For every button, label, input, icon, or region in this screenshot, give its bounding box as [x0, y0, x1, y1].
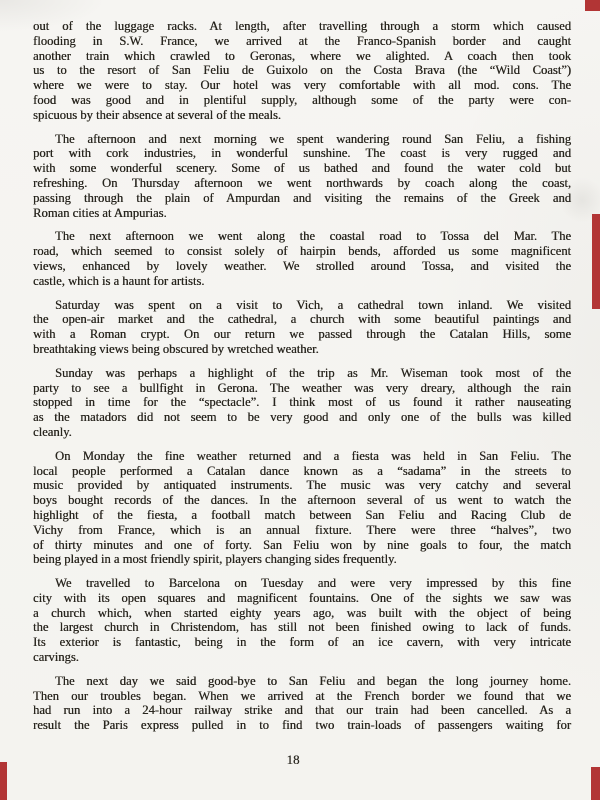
- scanned-document-page: { "page": { "page_number": "18", "backgr…: [0, 0, 600, 800]
- text-line: On Monday the fine weather returned and …: [33, 449, 571, 464]
- text-line: where we were to stay. Our hotel was ver…: [33, 78, 571, 93]
- text-line: The afternoon and next morning we spent …: [33, 132, 571, 147]
- text-line: had run into a 24-hour railway strike an…: [33, 703, 571, 718]
- text-line: Sunday was perhaps a highlight of the tr…: [33, 366, 571, 381]
- text-line: of thirty minutes and one of forty. San …: [33, 538, 571, 553]
- text-line: us to the resort of San Feliu de Guixolo…: [33, 63, 571, 78]
- paragraph: The next day we said good-bye to San Fel…: [33, 674, 571, 733]
- text-line: out of the luggage racks. At length, aft…: [33, 19, 571, 34]
- page-number: 18: [24, 752, 562, 768]
- paragraph: out of the luggage racks. At length, aft…: [33, 19, 571, 123]
- text-line: stopped in time for the “spectacle”. I t…: [33, 395, 571, 410]
- text-line: music provided by antiquated instruments…: [33, 478, 571, 493]
- text-line: party to see a bullfight in Gerona. The …: [33, 381, 571, 396]
- text-line: port with cork industries, in wonderful …: [33, 146, 571, 161]
- text-line: a church which, when started eighty year…: [33, 606, 571, 621]
- page-text: out of the luggage racks. At length, aft…: [33, 19, 571, 742]
- paragraph: On Monday the fine weather returned and …: [33, 449, 571, 567]
- red-edge-mark-top-right: [585, 0, 600, 11]
- text-line: as the matadors did not seem to be very …: [33, 410, 571, 425]
- paragraph: The afternoon and next morning we spent …: [33, 132, 571, 221]
- text-line: result the Paris express pulled in to fi…: [33, 718, 571, 733]
- text-line: flooding in S.W. France, we arrived at t…: [33, 34, 571, 49]
- text-line: Roman cities at Ampurias.: [33, 206, 571, 221]
- red-edge-mark-right-middle: [592, 214, 600, 309]
- text-line: boys bought records of the dances. In th…: [33, 493, 571, 508]
- text-line: road, which seemed to consist solely of …: [33, 244, 571, 259]
- red-edge-mark-bottom-left: [0, 762, 7, 800]
- text-line: refreshing. On Thursday afternoon we wen…: [33, 176, 571, 191]
- text-line: The next day we said good-bye to San Fel…: [33, 674, 571, 689]
- text-line: spicuous by their absence at several of …: [33, 108, 571, 123]
- text-line: with a Roman crypt. On our return we pas…: [33, 327, 571, 342]
- text-line: The next afternoon we went along the coa…: [33, 229, 571, 244]
- text-line: the open-air market and the cathedral, a…: [33, 312, 571, 327]
- paragraph: Saturday was spent on a visit to Vich, a…: [33, 298, 571, 357]
- text-line: Its exterior is fantastic, being in the …: [33, 635, 571, 650]
- text-line: local people performed a Catalan dance k…: [33, 464, 571, 479]
- text-line: castle, which is a haunt for artists.: [33, 274, 571, 289]
- text-line: carvings.: [33, 650, 571, 665]
- paragraph: The next afternoon we went along the coa…: [33, 229, 571, 288]
- text-line: city with its open squares and magnifice…: [33, 591, 571, 606]
- text-line: another train which crawled to Geronas, …: [33, 49, 571, 64]
- text-line: highlight of the fiesta, a football matc…: [33, 508, 571, 523]
- text-line: breathtaking views being obscured by wre…: [33, 342, 571, 357]
- text-line: Vichy from France, which is an annual fi…: [33, 523, 571, 538]
- red-edge-mark-bottom-right: [591, 767, 600, 800]
- paragraph: Sunday was perhaps a highlight of the tr…: [33, 366, 571, 440]
- text-line: food was good and in plentiful supply, a…: [33, 93, 571, 108]
- paragraph: We travelled to Barcelona on Tuesday and…: [33, 576, 571, 665]
- text-line: being played in a most friendly spirit, …: [33, 552, 571, 567]
- text-line: We travelled to Barcelona on Tuesday and…: [33, 576, 571, 591]
- text-line: views, enhanced by lovely weather. We st…: [33, 259, 571, 274]
- text-line: passing through the plain of Ampurdan an…: [33, 191, 571, 206]
- page-background: out of the luggage racks. At length, aft…: [0, 0, 600, 800]
- text-line: Saturday was spent on a visit to Vich, a…: [33, 298, 571, 313]
- text-line: Then our troubles began. When we arrived…: [33, 689, 571, 704]
- text-line: with some wonderful scenery. Some of us …: [33, 161, 571, 176]
- text-line: the largest church in Christendom, has s…: [33, 620, 571, 635]
- text-line: cleanly.: [33, 425, 571, 440]
